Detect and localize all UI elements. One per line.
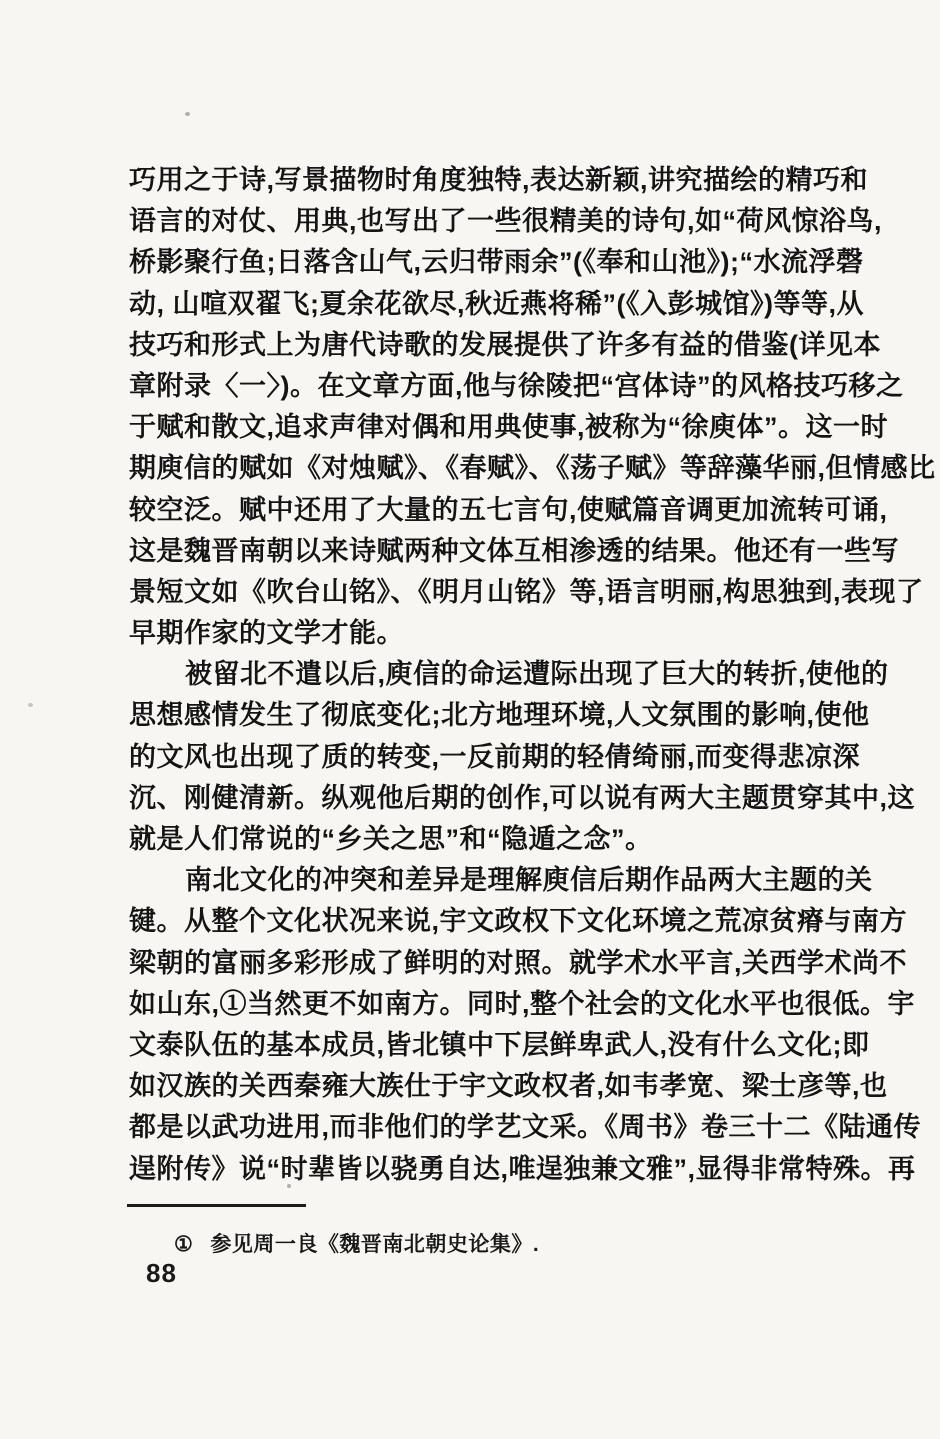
text-line: 被留北不遣以后,庾信的命运遭际出现了巨大的转折,使他的 — [129, 654, 831, 695]
text-line: 如汉族的关西秦雍大族仕于宇文政权者,如韦孝宽、梁士彦等,也 — [129, 1066, 831, 1107]
footnote: ①参见周一良《魏晋南北朝史论集》. — [174, 1228, 539, 1258]
text-line: 技巧和形式上为唐代诗歌的发展提供了许多有益的借鉴(详见本 — [129, 325, 831, 366]
footnote-marker: ① — [174, 1233, 193, 1256]
text-line: 章附录〈一〉)。在文章方面,他与徐陵把“宫体诗”的风格技巧移之 — [129, 366, 831, 407]
scan-speck — [28, 703, 33, 707]
text-line: 早期作家的文学才能。 — [129, 613, 831, 654]
text-line: 景短文如《吹台山铭》、《明月山铭》等,语言明丽,构思独到,表现了 — [129, 572, 831, 613]
scanned-book-page: 巧用之于诗,写景描物时角度独特,表达新颖,讲究描绘的精巧和 语言的对仗、用典,也… — [0, 0, 940, 1439]
text-line: 沉、刚健清新。纵观他后期的创作,可以说有两大主题贯穿其中,这 — [129, 778, 831, 819]
text-line: 较空泛。赋中还用了大量的五七言句,使赋篇音调更加流转可诵, — [129, 490, 831, 531]
text-line: 动, 山喧双翟飞;夏余花欲尽,秋近燕将稀”(《入彭城馆》)等等,从 — [129, 284, 831, 325]
text-line: 这是魏晋南朝以来诗赋两种文体互相渗透的结果。他还有一些写 — [129, 531, 831, 572]
text-line: 巧用之于诗,写景描物时角度独特,表达新颖,讲究描绘的精巧和 — [129, 160, 831, 201]
text-line: 于赋和散文,追求声律对偶和用典使事,被称为“徐庾体”。这一时 — [129, 407, 831, 448]
scan-speck — [185, 112, 190, 116]
text-line: 语言的对仗、用典,也写出了一些很精美的诗句,如“荷风惊浴鸟, — [129, 201, 831, 242]
footnote-text: 参见周一良《魏晋南北朝史论集》. — [210, 1233, 539, 1256]
text-line: 文泰队伍的基本成员,皆北镇中下层鲜卑武人,没有什么文化;即 — [129, 1025, 831, 1066]
text-line: 就是人们常说的“乡关之思”和“隐遁之念”。 — [129, 819, 831, 860]
text-line: 桥影聚行鱼;日落含山气,云归带雨余”(《奉和山池》);“水流浮磬 — [129, 242, 831, 283]
page-number: 88 — [146, 1258, 177, 1289]
text-line: 的文风也出现了质的转变,一反前期的轻倩绮丽,而变得悲凉深 — [129, 737, 831, 778]
text-line: 思想感情发生了彻底变化;北方地理环境,人文氛围的影响,使他 — [129, 695, 831, 736]
text-line: 都是以武功进用,而非他们的学艺文采。《周书》卷三十二《陆通传 — [129, 1107, 831, 1148]
footnote-divider — [127, 1204, 306, 1207]
body-text: 巧用之于诗,写景描物时角度独特,表达新颖,讲究描绘的精巧和 语言的对仗、用典,也… — [129, 160, 831, 1190]
text-line: 南北文化的冲突和差异是理解庾信后期作品两大主题的关 — [129, 860, 831, 901]
text-line: 逞附传》说“时辈皆以骁勇自达,唯逞独兼文雅”,显得非常特殊。再 — [129, 1149, 831, 1190]
text-line: 键。从整个文化状况来说,宇文政权下文化环境之荒凉贫瘠与南方 — [129, 901, 831, 942]
text-line: 期庾信的赋如《对烛赋》、《春赋》、《荡子赋》等辞藻华丽,但情感比 — [129, 448, 831, 489]
text-line: 如山东,①当然更不如南方。同时,整个社会的文化水平也很低。宇 — [129, 984, 831, 1025]
text-line: 梁朝的富丽多彩形成了鲜明的对照。就学术水平言,关西学术尚不 — [129, 943, 831, 984]
